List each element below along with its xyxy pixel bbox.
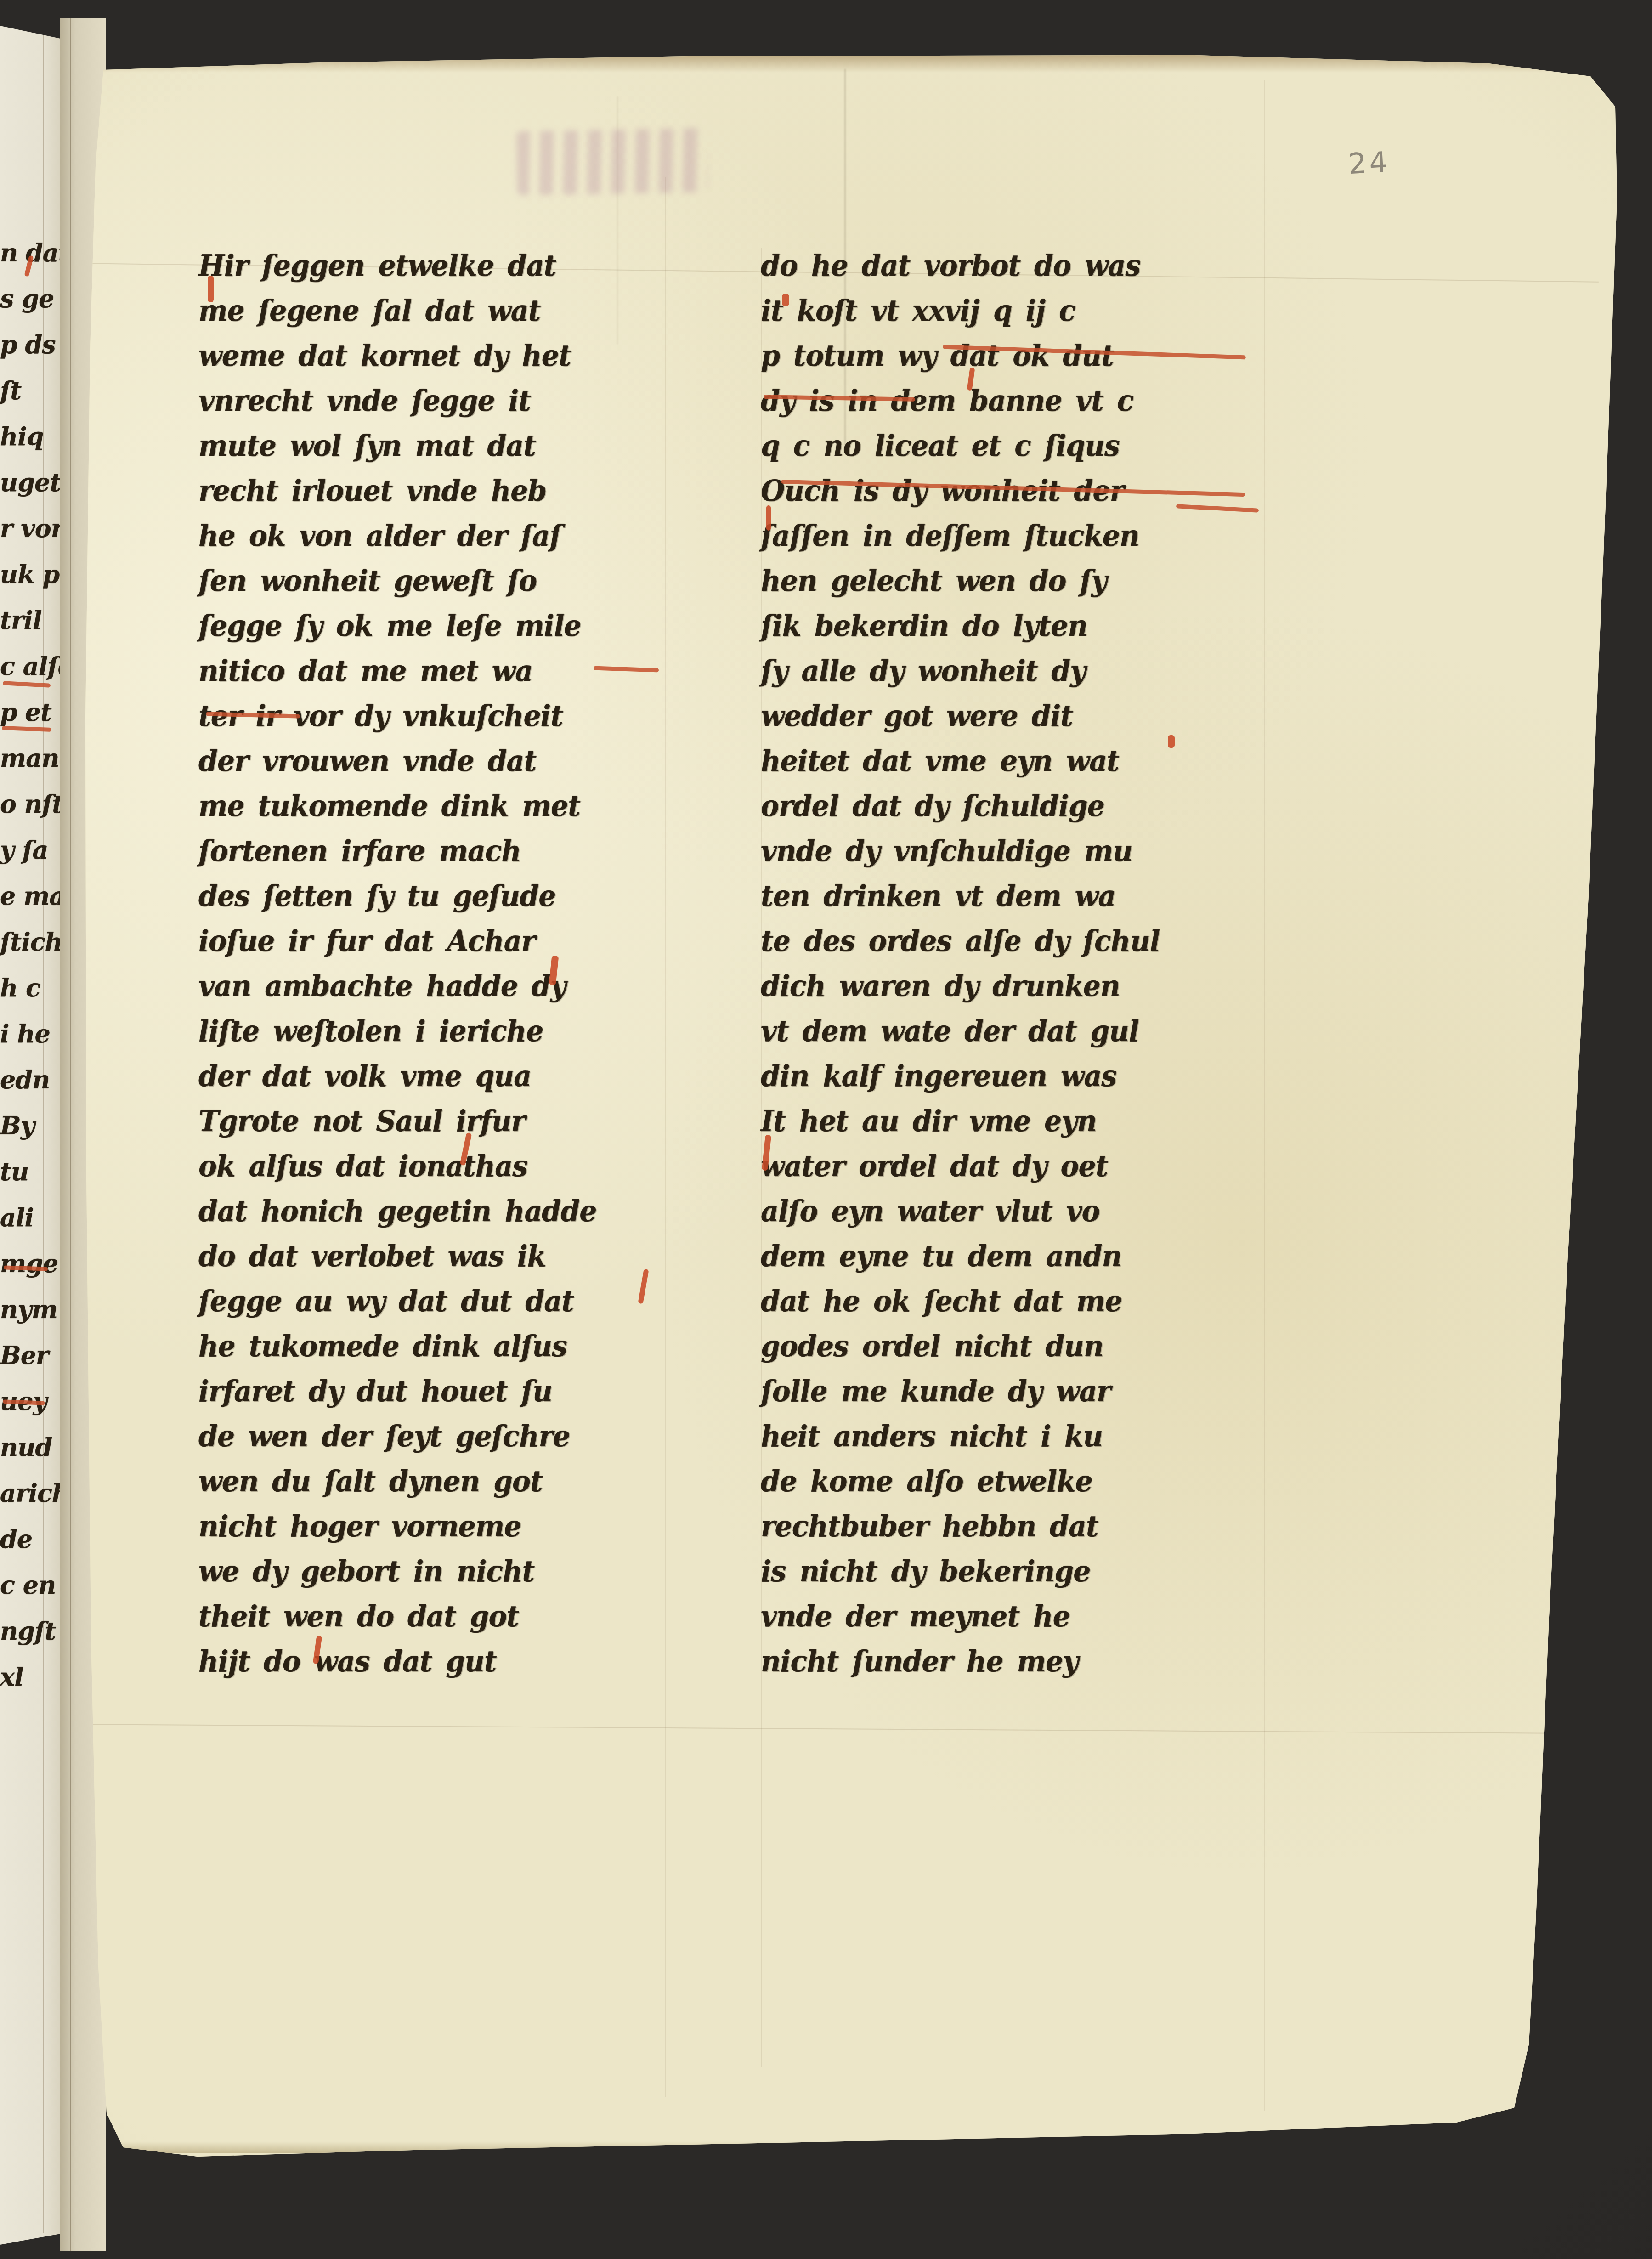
margin-fragment: xl: [0, 1654, 61, 1700]
margin-fragment: ſt: [0, 368, 61, 413]
parchment-page: 24 Hir ſeggen etwelke datme ſegene ſal d…: [0, 0, 1652, 2259]
margin-fragment: nym: [0, 1286, 61, 1332]
rubric-mark: [782, 294, 789, 306]
text-line: ſaſſen in deſſem ſtucken: [761, 513, 1271, 560]
margin-fragment: uk p: [0, 551, 61, 597]
text-line: me tukomende dink met: [198, 783, 676, 830]
text-line: vnrecht vnde ſegge it: [198, 378, 676, 425]
margin-fragment: de: [0, 1516, 61, 1562]
text-line: des ſetten ſy tu geſude: [198, 873, 676, 920]
text-line: liſte weſtolen i ieriche: [198, 1008, 676, 1055]
text-line: we dy gebort in nicht: [198, 1548, 676, 1596]
text-line: van ambachte hadde dy: [198, 963, 676, 1010]
text-line: ſik bekerdin do lyten: [761, 603, 1271, 650]
text-line: heitet dat vme eyn wat: [761, 738, 1271, 785]
page-bottom-edge: [101, 2141, 1537, 2153]
text-line: wedder got were dit: [761, 693, 1271, 740]
margin-fragment: p ds: [0, 322, 61, 368]
margin-fragment: c en: [0, 1562, 61, 1608]
text-line: godes ordel nicht dun: [761, 1323, 1271, 1370]
text-line: dich waren dy drunken: [761, 963, 1271, 1010]
margin-fragment: Ber: [0, 1332, 61, 1378]
text-line: water ordel dat dy oet: [761, 1143, 1271, 1190]
page-top-edge: [92, 54, 1624, 73]
text-line: vt dem wate der dat gul: [761, 1008, 1271, 1055]
text-line: ok alſus dat ionathas: [198, 1143, 676, 1190]
manuscript-photo: n dats gep dsſthiqugetr voruk ptrilc alſ…: [0, 0, 1652, 2259]
text-line: It het au dir vme eyn: [761, 1098, 1271, 1145]
margin-fragment: edn: [0, 1057, 61, 1103]
text-column-right: do he dat vorbot do wasit koſt vt xxvij …: [761, 243, 1271, 1684]
text-line: vnde dy vnſchuldige mu: [761, 828, 1271, 875]
margin-fragment: y ſa: [0, 827, 61, 873]
margin-fragment: By: [0, 1103, 61, 1149]
margin-fragment: r vor: [0, 505, 61, 551]
text-line: nitico dat me met wa: [198, 648, 676, 695]
rubric-mark: [1168, 735, 1175, 748]
text-line: mute wol ſyn mat dat: [198, 423, 676, 470]
ink-offset-ghost: [516, 128, 708, 195]
text-line: ioſue ir fur dat Achar: [198, 918, 676, 965]
margin-fragment: tril: [0, 597, 61, 643]
previous-leaf-edge: n dats gep dsſthiqugetr voruk ptrilc alſ…: [0, 0, 61, 2259]
margin-fragment: hiq: [0, 413, 61, 459]
text-line: do he dat vorbot do was: [761, 243, 1271, 290]
text-line: alſo eyn water vlut vo: [761, 1188, 1271, 1235]
text-line: wen du ſalt dynen got: [198, 1458, 676, 1506]
folio-number: 24: [1347, 145, 1391, 181]
text-line: nicht hoger vorneme: [198, 1503, 676, 1551]
text-line: he ok von alder der ſaſ: [198, 513, 676, 560]
text-line: hijt do was dat gut: [198, 1638, 676, 1686]
text-line: dat honich gegetin hadde: [198, 1188, 676, 1235]
rubric-mark: [208, 276, 214, 302]
text-line: vnde der meynet he: [761, 1593, 1271, 1641]
margin-fragment: mane: [0, 735, 61, 781]
text-line: rechtbuber hebbn dat: [761, 1503, 1271, 1551]
text-line: dat he ok ſecht dat me: [761, 1278, 1271, 1325]
text-column-left: Hir ſeggen etwelke datme ſegene ſal dat …: [198, 243, 676, 1684]
text-line: heit anders nicht i ku: [761, 1413, 1271, 1461]
margin-fragment: uget: [0, 459, 61, 505]
text-line: ſegge au wy dat dut dat: [198, 1278, 676, 1325]
margin-fragment: ali: [0, 1195, 61, 1240]
margin-fragment: mge: [0, 1240, 61, 1286]
text-line: nicht ſunder he mey: [761, 1638, 1271, 1686]
text-line: der vrouwen vnde dat: [198, 738, 676, 785]
text-line: q c no liceat et c ſiqus: [761, 423, 1271, 470]
text-line: der dat volk vme qua: [198, 1053, 676, 1100]
text-line: ſy alle dy wonheit dy: [761, 648, 1271, 695]
margin-fragment: i he: [0, 1011, 61, 1057]
text-line: din kalf ingereuen was: [761, 1053, 1271, 1100]
text-line: weme dat kornet dy het: [198, 333, 676, 380]
text-line: dy is in dem banne vt c: [761, 378, 1271, 425]
margin-fragment: h c: [0, 965, 61, 1011]
text-line: ſortenen irfare mach: [198, 828, 676, 875]
text-line: ſolle me kunde dy war: [761, 1368, 1271, 1415]
margin-fragment: arich: [0, 1470, 61, 1516]
margin-fragment: s ge: [0, 276, 61, 322]
margin-fragment: ngſt: [0, 1608, 61, 1654]
text-line: is nicht dy bekeringe: [761, 1548, 1271, 1596]
text-line: do dat verlobet was ik: [198, 1233, 676, 1280]
text-line: recht irlouet vnde heb: [198, 468, 676, 515]
text-line: me ſegene ſal dat wat: [198, 288, 676, 335]
rubric-mark: [766, 505, 771, 531]
text-line: ordel dat dy ſchuldige: [761, 783, 1271, 830]
margin-fragment: tu: [0, 1149, 61, 1195]
text-line: Tgrote not Saul irfur: [198, 1098, 676, 1145]
margin-fragment: nud: [0, 1424, 61, 1470]
text-line: de wen der ſeyt geſchre: [198, 1413, 676, 1461]
margin-fragment: e maſt: [0, 873, 61, 919]
text-line: it koſt vt xxvij q ij c: [761, 288, 1271, 335]
text-line: Hir ſeggen etwelke dat: [198, 243, 676, 290]
text-line: dem eyne tu dem andn: [761, 1233, 1271, 1280]
text-line: ſegge ſy ok me leſe mile: [198, 603, 676, 650]
text-line: irfaret dy dut houet ſu: [198, 1368, 676, 1415]
margin-fragment: ſtich: [0, 919, 61, 965]
text-line: ten drinken vt dem wa: [761, 873, 1271, 920]
text-line: ſen wonheit geweſt ſo: [198, 558, 676, 605]
text-line: he tukomede dink alſus: [198, 1323, 676, 1370]
leaf-edge-line: [70, 18, 71, 2251]
text-line: te des ordes alſe dy ſchul: [761, 918, 1271, 965]
margin-fragment: o nſt: [0, 781, 61, 827]
ruling-line-horizontal: [69, 1724, 1580, 1734]
text-line: hen gelecht wen do ſy: [761, 558, 1271, 605]
text-line: theit wen do dat got: [198, 1593, 676, 1641]
margin-fragment-column: n dats gep dsſthiqugetr voruk ptrilc alſ…: [0, 230, 61, 1700]
text-line: de kome alſo etwelke: [761, 1458, 1271, 1506]
